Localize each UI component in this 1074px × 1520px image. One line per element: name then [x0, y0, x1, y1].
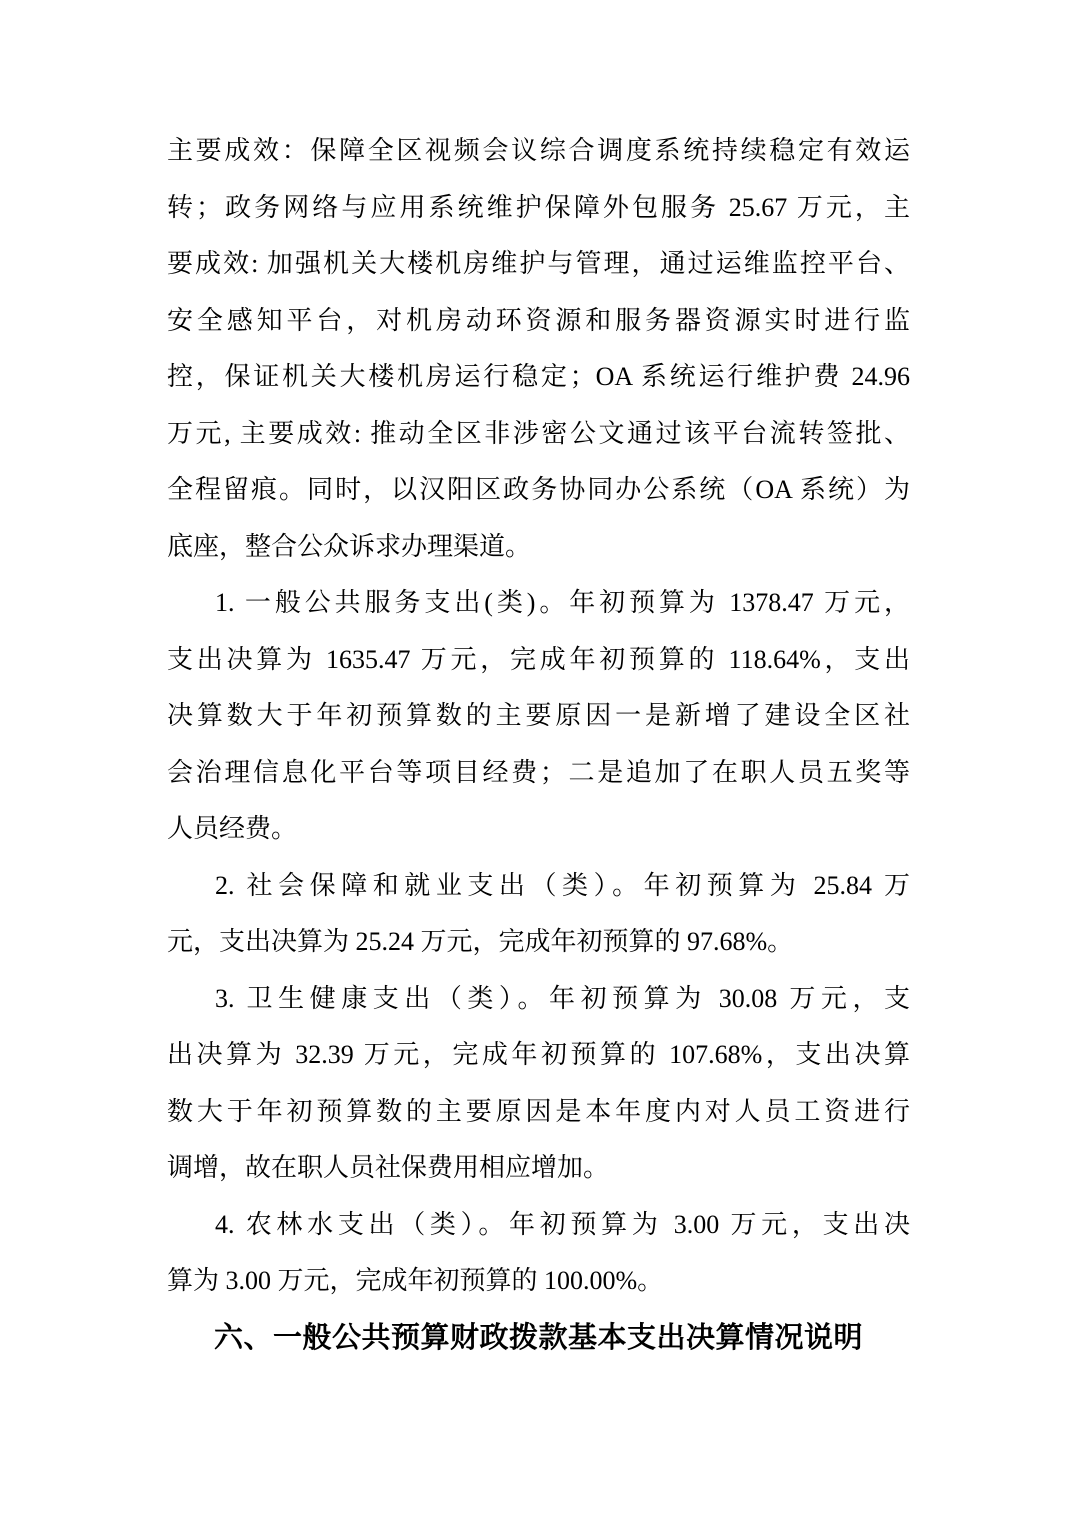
text-line: 安全感知平台，对机房动环资源和服务器资源实时进行监 — [167, 293, 910, 350]
document-page: 主要成效：保障全区视频会议综合调度系统持续稳定有效运 转；政务网络与应用系统维护… — [0, 0, 1074, 1520]
text-line: 人员经费。 — [167, 801, 910, 858]
text-line: 1. 一般公共服务支出(类)。年初预算为 1378.47 万元， — [167, 575, 910, 632]
text-line: 4. 农林水支出（类）。年初预算为 3.00 万元，支出决 — [167, 1197, 910, 1254]
text-line: 决算数大于年初预算数的主要原因一是新增了建设全区社 — [167, 688, 910, 745]
text-line: 控，保证机关大楼机房运行稳定；OA 系统运行维护费 24.96 — [167, 349, 910, 406]
section-heading: 六、一般公共预算财政拨款基本支出决算情况说明 — [167, 1310, 910, 1367]
text-line: 算为 3.00 万元，完成年初预算的 100.00%。 — [167, 1253, 910, 1310]
text-line: 底座，整合公众诉求办理渠道。 — [167, 519, 910, 576]
text-line: 2. 社会保障和就业支出（类）。年初预算为 25.84 万 — [167, 858, 910, 915]
text-line: 会治理信息化平台等项目经费；二是追加了在职人员五奖等 — [167, 745, 910, 802]
document-body: 主要成效：保障全区视频会议综合调度系统持续稳定有效运 转；政务网络与应用系统维护… — [167, 123, 910, 1366]
text-line: 主要成效：保障全区视频会议综合调度系统持续稳定有效运 — [167, 123, 910, 180]
text-line: 支出决算为 1635.47 万元，完成年初预算的 118.64%，支出 — [167, 632, 910, 689]
text-line: 万元, 主要成效: 推动全区非涉密公文通过该平台流转签批、 — [167, 406, 910, 463]
text-line: 数大于年初预算数的主要原因是本年度内对人员工资进行 — [167, 1084, 910, 1141]
text-line: 全程留痕。同时，以汉阳区政务协同办公系统（OA 系统）为 — [167, 462, 910, 519]
text-line: 转；政务网络与应用系统维护保障外包服务 25.67 万元，主 — [167, 180, 910, 237]
text-line: 出决算为 32.39 万元，完成年初预算的 107.68%，支出决算 — [167, 1027, 910, 1084]
text-line: 3. 卫生健康支出（类）。年初预算为 30.08 万元，支 — [167, 971, 910, 1028]
text-line: 元，支出决算为 25.24 万元，完成年初预算的 97.68%。 — [167, 914, 910, 971]
text-line: 要成效: 加强机关大楼机房维护与管理，通过运维监控平台、 — [167, 236, 910, 293]
text-line: 调增，故在职人员社保费用相应增加。 — [167, 1140, 910, 1197]
